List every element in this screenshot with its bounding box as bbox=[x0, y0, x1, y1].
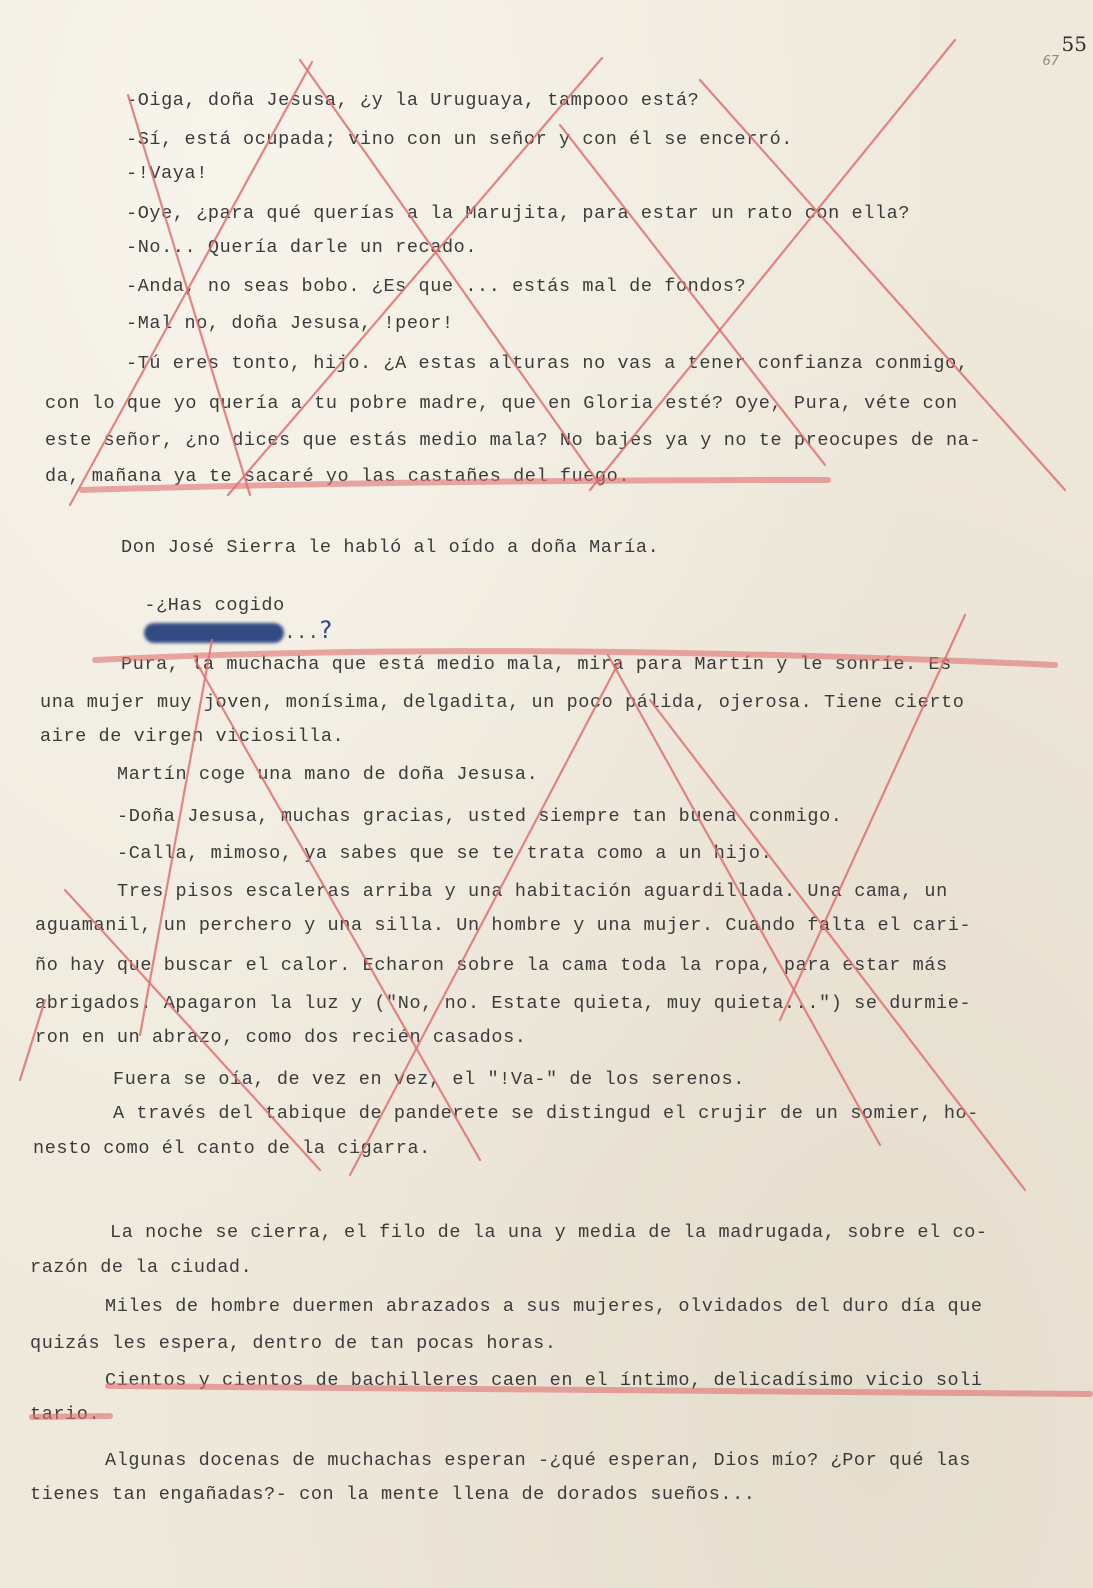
typed-line: ño hay que buscar el calor. Echaron sobr… bbox=[35, 955, 948, 976]
typed-line: -Oye, ¿para qué querías a la Marujita, p… bbox=[126, 203, 910, 224]
typed-line: Tres pisos escaleras arriba y una habita… bbox=[117, 881, 948, 902]
typed-line: -!Vaya! bbox=[126, 163, 208, 184]
typed-line: Algunas docenas de muchachas esperan -¿q… bbox=[105, 1450, 971, 1471]
typed-line: -Calla, mimoso, ya sabes que se te trata… bbox=[117, 843, 772, 864]
typed-line: -Anda, no seas bobo. ¿Es que ... estás m… bbox=[126, 276, 746, 297]
typed-text: -¿Has cogido bbox=[144, 595, 284, 616]
typed-line: Don José Sierra le habló al oído a doña … bbox=[121, 537, 659, 558]
typed-line: con lo que yo quería a tu pobre madre, q… bbox=[45, 393, 958, 414]
typed-line: Fuera se oía, de vez en vez, el "!Va-" d… bbox=[113, 1069, 745, 1090]
typed-line: nesto como él canto de la cigarra. bbox=[33, 1138, 431, 1159]
typed-line: ron en un abrazo, como dos recién casado… bbox=[35, 1027, 526, 1048]
typed-line: este señor, ¿no dices que estás medio ma… bbox=[45, 430, 981, 451]
redacted-line: -¿Has cogido ...? bbox=[121, 574, 333, 644]
page-number: 55 bbox=[1062, 32, 1087, 56]
typed-line: tario. bbox=[30, 1404, 100, 1425]
typed-line: tienes tan engañadas?- con la mente llen… bbox=[30, 1484, 756, 1505]
typed-line: una mujer muy joven, monísima, delgadita… bbox=[40, 692, 964, 713]
typed-line: abrigados. Apagaron la luz y ("No, no. E… bbox=[35, 993, 971, 1014]
typed-line: razón de la ciudad. bbox=[30, 1257, 252, 1278]
typed-line: aguamanil, un perchero y una silla. Un h… bbox=[35, 915, 971, 936]
typed-line: -Sí, está ocupada; vino con un señor y c… bbox=[126, 129, 793, 150]
typed-line: -Doña Jesusa, muchas gracias, usted siem… bbox=[117, 806, 843, 827]
typed-line: Pura, la muchacha que está medio mala, m… bbox=[121, 654, 952, 675]
ink-redaction bbox=[144, 623, 284, 643]
typed-line: aire de virgen viciosilla. bbox=[40, 726, 344, 747]
typed-line: A través del tabique de panderete se dis… bbox=[113, 1103, 979, 1124]
handwritten-question-mark: ? bbox=[320, 616, 333, 644]
typed-line: La noche se cierra, el filo de la una y … bbox=[110, 1222, 988, 1243]
redacted-suffix: ... bbox=[284, 623, 319, 644]
typed-line: Martín coge una mano de doña Jesusa. bbox=[117, 764, 538, 785]
handwritten-page-number: 67 bbox=[1042, 54, 1059, 69]
typed-line: -Mal no, doña Jesusa, !peor! bbox=[126, 313, 454, 334]
typed-line: Cientos y cientos de bachilleres caen en… bbox=[105, 1370, 983, 1391]
typed-line: quizás les espera, dentro de tan pocas h… bbox=[30, 1333, 557, 1354]
typed-line: -No... Quería darle un recado. bbox=[126, 237, 477, 258]
typed-line: -Oiga, doña Jesusa, ¿y la Uruguaya, tamp… bbox=[126, 90, 699, 111]
typed-line: da, mañana ya te sacaré yo las castañes … bbox=[45, 466, 630, 487]
typed-line: -Tú eres tonto, hijo. ¿A estas alturas n… bbox=[126, 353, 969, 374]
typed-line: Miles de hombre duermen abrazados a sus … bbox=[105, 1296, 983, 1317]
